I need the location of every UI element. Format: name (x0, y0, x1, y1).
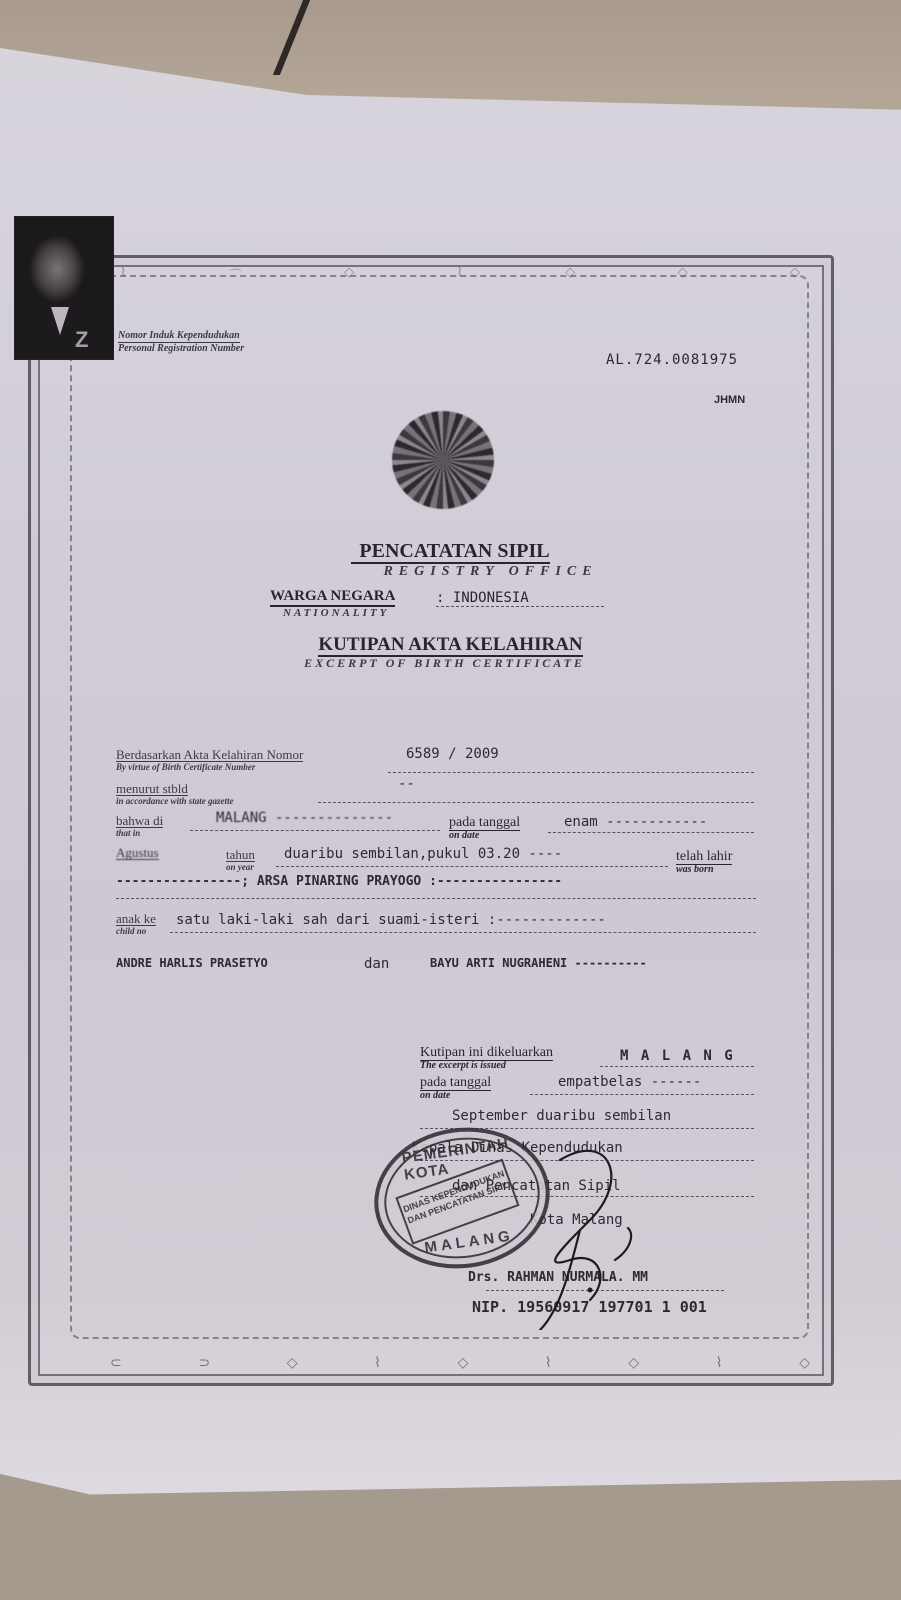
certificate-number-value: 6589 / 2009 (406, 746, 499, 762)
gazette-value: -- (398, 776, 415, 792)
ornament-glyph: ⌒ (229, 265, 242, 284)
ornament-glyph: ⌇ (545, 1355, 552, 1371)
issued-place-value: M A L A N G (620, 1048, 735, 1064)
ornament-glyph: ⌇ (120, 265, 126, 284)
ornament-glyph: ◇ (628, 1355, 639, 1371)
top-border-ornament: ⌇ ⌒ ◇ ⌇ ◇ ◇ ◇ (120, 265, 800, 284)
ornament-glyph: ⌇ (374, 1355, 381, 1371)
mother-name: BAYU ARTI NUGRAHENI ---------- (430, 956, 647, 970)
ornament-glyph: ◇ (799, 1355, 810, 1371)
gazette-label: menurut stbld in accordance with state g… (116, 782, 234, 806)
born-label: telah lahir was born (676, 850, 732, 875)
photo-mark: Z (75, 327, 88, 353)
nik-label-en: Personal Registration Number (118, 343, 244, 354)
birth-year-time-value: duaribu sembilan,pukul 03.20 ---- (284, 846, 562, 862)
office-title-en: REGISTRY OFFICE (40, 564, 901, 580)
dotted-line (388, 772, 754, 773)
document-title-en: EXCERPT OF BIRTH CERTIFICATE (0, 656, 895, 671)
ornament-glyph: ◇ (287, 1355, 298, 1371)
garuda-emblem-icon (392, 411, 494, 509)
personal-registration-label: Nomor Induk Kependudukan Personal Regist… (118, 330, 244, 355)
father-name: ANDRE HARLIS PRASETYO (116, 956, 268, 970)
issued-place-label: Kutipan ini dikeluarkan The excerpt is i… (420, 1046, 553, 1071)
ornament-glyph: ⌇ (457, 265, 463, 284)
ornament-glyph: ⊂ (110, 1355, 122, 1371)
dotted-line (600, 1066, 754, 1067)
nationality-label-en: NATIONALITY (283, 607, 389, 619)
birth-day-value: enam ------------ (564, 814, 707, 830)
dotted-line (116, 898, 756, 899)
office-title: PENCATATAN SIPIL (0, 540, 901, 563)
document-code: JHMN (714, 394, 745, 406)
ornament-glyph: ◇ (790, 265, 800, 284)
dotted-line (190, 830, 440, 831)
dotted-line (530, 1094, 754, 1095)
nationality-value: : INDONESIA (436, 590, 604, 607)
child-name-value: ----------------; ARSA PINARING PRAYOGO … (116, 874, 562, 889)
holder-photo: Z (14, 216, 114, 360)
table-background-seam (273, 0, 310, 75)
bottom-border-ornament: ⊂ ⊃ ◇ ⌇ ◇ ⌇ ◇ ⌇ ◇ (110, 1355, 810, 1371)
ornament-glyph: ◇ (344, 265, 354, 284)
ornament-glyph: ⊃ (198, 1355, 210, 1371)
issued-date-label: pada tanggal on date (420, 1076, 491, 1101)
issued-day-value: empatbelas ------ (558, 1074, 701, 1090)
year-label: tahun on year (226, 848, 255, 872)
certificate-number-label: Berdasarkan Akta Kelahiran Nomor By virt… (116, 748, 303, 772)
ornament-glyph: ◇ (458, 1355, 469, 1371)
dotted-line (170, 932, 756, 933)
document-title: KUTIPAN AKTA KELAHIRAN (0, 634, 901, 656)
birth-month-value: Agustus (116, 846, 159, 860)
nik-label-id: Nomor Induk Kependudukan (118, 330, 240, 343)
ornament-glyph: ◇ (678, 265, 688, 284)
child-number-label: anak ke child no (116, 912, 156, 936)
dotted-line (548, 832, 754, 833)
dotted-line (276, 866, 668, 867)
child-number-value: satu laki-laki sah dari suami-isteri :--… (176, 912, 606, 928)
issued-month-year-value: September duaribu sembilan (452, 1108, 671, 1124)
birth-place-value: MALANG -------------- (216, 810, 393, 826)
registration-number: AL.724.0081975 (606, 352, 738, 368)
nationality-label: WARGA NEGARA (270, 588, 395, 607)
dotted-line (318, 802, 754, 803)
official-signature (520, 1140, 650, 1330)
place-label: bahwa di that in (116, 814, 163, 838)
parents-joiner: dan (364, 956, 389, 972)
ornament-glyph: ⌇ (716, 1355, 723, 1371)
ornament-glyph: ◇ (565, 265, 575, 284)
birth-date-label: pada tanggal on date (449, 816, 520, 841)
